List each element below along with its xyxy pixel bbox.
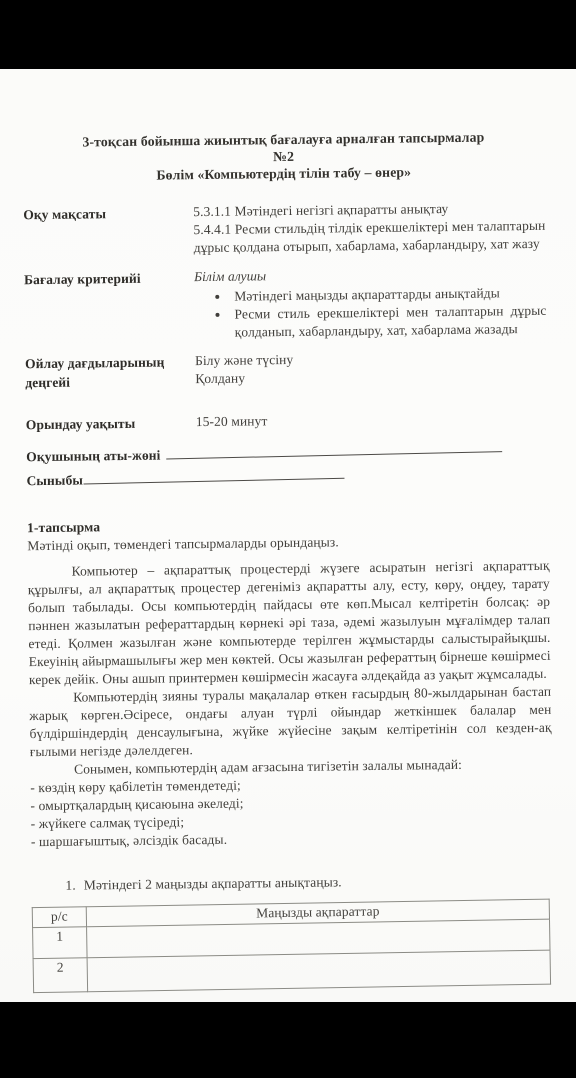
table-row-number: 2 xyxy=(33,958,88,993)
student-name-label: Оқушының аты-жөні xyxy=(26,447,160,467)
duration-value: 15-20 минут xyxy=(196,409,548,431)
body-paragraph: Компьютердің зияны туралы мақалалар өтке… xyxy=(29,683,552,761)
info-row-objective: Оқу мақсаты 5.3.1.1 Мәтіндегі негізгі ақ… xyxy=(23,199,546,259)
student-name-blank-line xyxy=(166,436,502,459)
thinking-skills-label: Ойлау дағдыларының деңгейі xyxy=(25,352,195,392)
question-number: 1. xyxy=(65,877,76,895)
table-answer-cell xyxy=(87,950,551,992)
student-name-row: Оқушының аты-жөні xyxy=(26,439,548,466)
duration-label: Орындау уақыты xyxy=(26,413,196,434)
question-text: Мәтіндегі 2 маңызды ақпаратты анықтаңыз. xyxy=(84,873,342,894)
info-row-criteria: Бағалау критерийі Білім алушы Мәтіндегі … xyxy=(24,264,547,344)
table-row-number: 1 xyxy=(33,927,88,959)
table-row: 2 xyxy=(33,950,550,993)
bottom-black-bar xyxy=(0,1002,576,1078)
answers-table: р/с Маңызды ақпараттар 1 2 xyxy=(32,899,551,994)
objective-label: Оқу мақсаты xyxy=(23,203,193,224)
task-question: 1. Мәтіндегі 2 маңызды ақпаратты анықтаң… xyxy=(65,871,553,895)
info-row-duration: Орындау уақыты 15-20 минут xyxy=(26,409,548,434)
criteria-bullet-list: Мәтіндегі маңызды ақпараттарды анықтайды… xyxy=(194,284,547,342)
body-paragraph: Компьютер – ақпараттық процестерді жүзег… xyxy=(28,557,552,689)
class-blank-line xyxy=(83,463,344,485)
scanned-document-page: 3-тоқсан бойынша жиынтық бағалауға арнал… xyxy=(0,69,576,1002)
criteria-intro: Білім алушы xyxy=(194,264,546,286)
info-row-thinking-skills: Ойлау дағдыларының деңгейі Білу және түс… xyxy=(25,348,547,392)
objective-value: 5.3.1.1 Мәтіндегі негізгі ақпаратты анық… xyxy=(193,199,546,257)
class-row: Сыныбы xyxy=(26,463,548,490)
criteria-label: Бағалау критерийі xyxy=(24,268,194,289)
criteria-value: Білім алушы Мәтіндегі маңызды ақпараттар… xyxy=(194,264,547,342)
class-label: Сыныбы xyxy=(26,472,83,491)
document-content: 3-тоқсан бойынша жиынтық бағалауға арнал… xyxy=(0,69,576,993)
thinking-skills-value: Білу және түсіну Қолдану xyxy=(195,348,547,388)
table-header-number: р/с xyxy=(32,907,86,928)
objective-item: 5.4.4.1 Ресми стильдің тілдік ерекшелікт… xyxy=(193,217,545,257)
criteria-bullet: Ресми стиль ерекшеліктері мен талаптарын… xyxy=(230,302,546,342)
top-black-bar xyxy=(0,0,576,69)
document-title: 3-тоқсан бойынша жиынтық бағалауға арнал… xyxy=(22,128,545,185)
